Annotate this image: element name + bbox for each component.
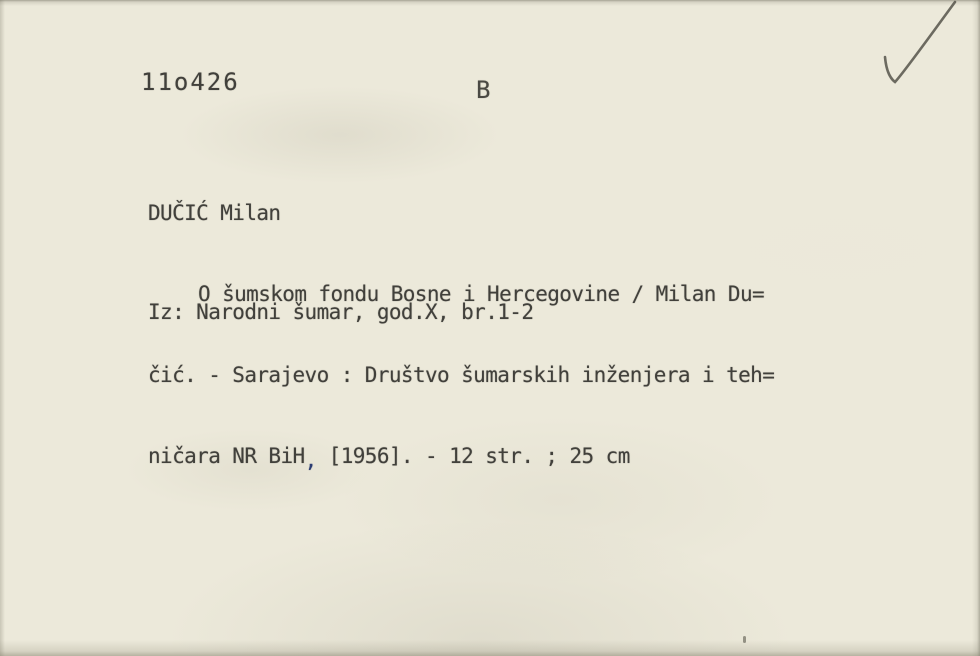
collation-after-comma: [1956]. - 12 str. ; 25 cm [329,444,630,468]
entry-collation-line: ničara NR BiH, [1956]. - 12 str. ; 25 cm [148,443,848,470]
entry-block: DUČIĆ Milan O šumskom fondu Bosne i Herc… [148,146,848,524]
ink-speck [743,636,746,643]
source-note: Iz: Narodni šumar, god.X, br.1-2 [148,299,533,326]
entry-imprint-line: čić. - Sarajevo : Društvo šumarskih inže… [148,362,848,389]
collation-before-comma: ničara NR BiH [148,444,305,468]
catalog-card: 11o426 B DUČIĆ Milan O šumskom fondu Bos… [0,0,980,656]
call-number: 11o426 [141,69,240,96]
checkmark-icon [868,0,972,96]
entry-heading: DUČIĆ Milan [148,200,848,227]
section-letter: B [476,77,490,103]
inserted-comma: , [305,448,317,472]
